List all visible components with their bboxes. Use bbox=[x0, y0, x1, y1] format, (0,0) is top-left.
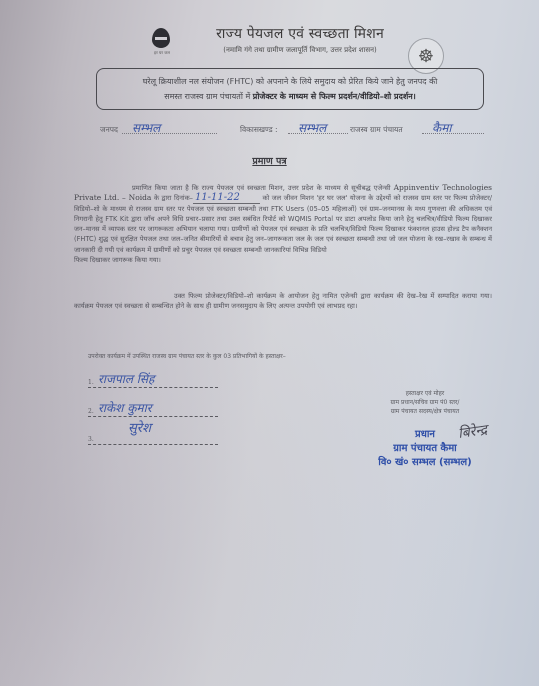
signature-number: 3. bbox=[88, 436, 94, 443]
para1-closing: फिल्म दिखाकर जागरूक किया गया। bbox=[74, 256, 161, 264]
participant-signature-1[interactable]: 1. राजपाल सिंह bbox=[88, 371, 218, 388]
banner-line-2-bold: प्रोजेक्टर के माध्यम से फिल्म प्रदर्शन/व… bbox=[253, 92, 416, 101]
banner-line-2-prefix: समस्त राजस्व ग्राम पंचायतों में bbox=[164, 92, 253, 101]
certificate-title: प्रमाण पत्र bbox=[0, 154, 539, 167]
certificate-paragraph-1: प्रमाणित किया जाता है कि राज्य पेयजल एवं… bbox=[74, 183, 492, 265]
logo-caption: हर घर जल bbox=[140, 50, 184, 55]
program-banner: घरेलू क्रियाशील नल संयोजन (FHTC) को अपना… bbox=[96, 68, 484, 110]
gram-panchayat-label: राजस्व ग्राम पंचायत bbox=[350, 125, 403, 135]
vikaskhand-field[interactable]: सम्भल bbox=[288, 119, 348, 134]
event-date-field[interactable]: 11-11-22 bbox=[193, 192, 260, 204]
mission-title: राज्य पेयजल एवं स्वच्छता मिशन bbox=[195, 24, 405, 43]
para1-body: को जल जीवन मिशन 'हर घर जल' योजना के उद्द… bbox=[74, 194, 492, 253]
banner-line-2: समस्त राजस्व ग्राम पंचायतों में प्रोजेक्… bbox=[97, 89, 483, 104]
certificate-paragraph-2: उक्त फिल्म प्रोजेक्टर/विडियो–शो कार्यक्र… bbox=[74, 291, 492, 312]
stamp-line-2: ग्राम पंचायत कैमा bbox=[360, 442, 490, 456]
pradhan-signature: बिरेन्द्र bbox=[457, 420, 488, 443]
gram-panchayat-field[interactable]: कैमा bbox=[422, 119, 484, 134]
signature-number: 2. bbox=[88, 408, 94, 415]
title-block: राज्य पेयजल एवं स्वच्छता मिशन (नमामि गंग… bbox=[195, 24, 405, 55]
water-drop-icon bbox=[152, 28, 170, 48]
janpad-field[interactable]: सम्भल bbox=[122, 119, 217, 134]
para2-text: उक्त फिल्म प्रोजेक्टर/विडियो–शो कार्यक्र… bbox=[74, 292, 492, 310]
para1-date-label: के द्वारा दिनांक– bbox=[151, 194, 193, 202]
participant-signature-3[interactable]: 3. bbox=[88, 428, 218, 445]
signature-number: 1. bbox=[88, 379, 94, 386]
authority-line-1: हस्ताक्षर एवं मोहर bbox=[365, 389, 485, 398]
letterhead: हर घर जल राज्य पेयजल एवं स्वच्छता मिशन (… bbox=[140, 18, 460, 68]
water-drop-logo: हर घर जल bbox=[140, 28, 184, 68]
signature-name: राकेश कुमार bbox=[98, 399, 152, 416]
janpad-label: जनपद bbox=[100, 125, 118, 135]
para1-intro: प्रमाणित किया जाता है कि राज्य पेयजल एवं… bbox=[132, 184, 394, 192]
location-fields: जनपद सम्भल विकासखण्ड : सम्भल राजस्व ग्रा… bbox=[100, 119, 490, 139]
authority-line-3: ग्राम पंचायत सदस्य/क्षेत्र पंचायत bbox=[365, 407, 485, 416]
participant-signature-2[interactable]: 2. राकेश कुमार bbox=[88, 400, 218, 417]
authority-signature-block: हस्ताक्षर एवं मोहर ग्राम प्रधान/सचिव ग्र… bbox=[365, 389, 485, 416]
attendance-note: उपरोक्त कार्यक्रम में उपस्थित राजस्व ग्र… bbox=[88, 352, 328, 361]
banner-line-1: घरेलू क्रियाशील नल संयोजन (FHTC) को अपना… bbox=[97, 74, 483, 89]
department-subtitle: (नमामि गंगे तथा ग्रामीण जलापूर्ति विभाग,… bbox=[195, 46, 405, 55]
authority-line-2: ग्राम प्रधान/सचिव ग्राम पं0 स्तर/ bbox=[365, 398, 485, 407]
stamp-line-3: वि० खं० सम्भल (सम्भल) bbox=[360, 456, 490, 470]
vikaskhand-label: विकासखण्ड : bbox=[240, 125, 278, 135]
signature-name: राजपाल सिंह bbox=[98, 370, 154, 387]
